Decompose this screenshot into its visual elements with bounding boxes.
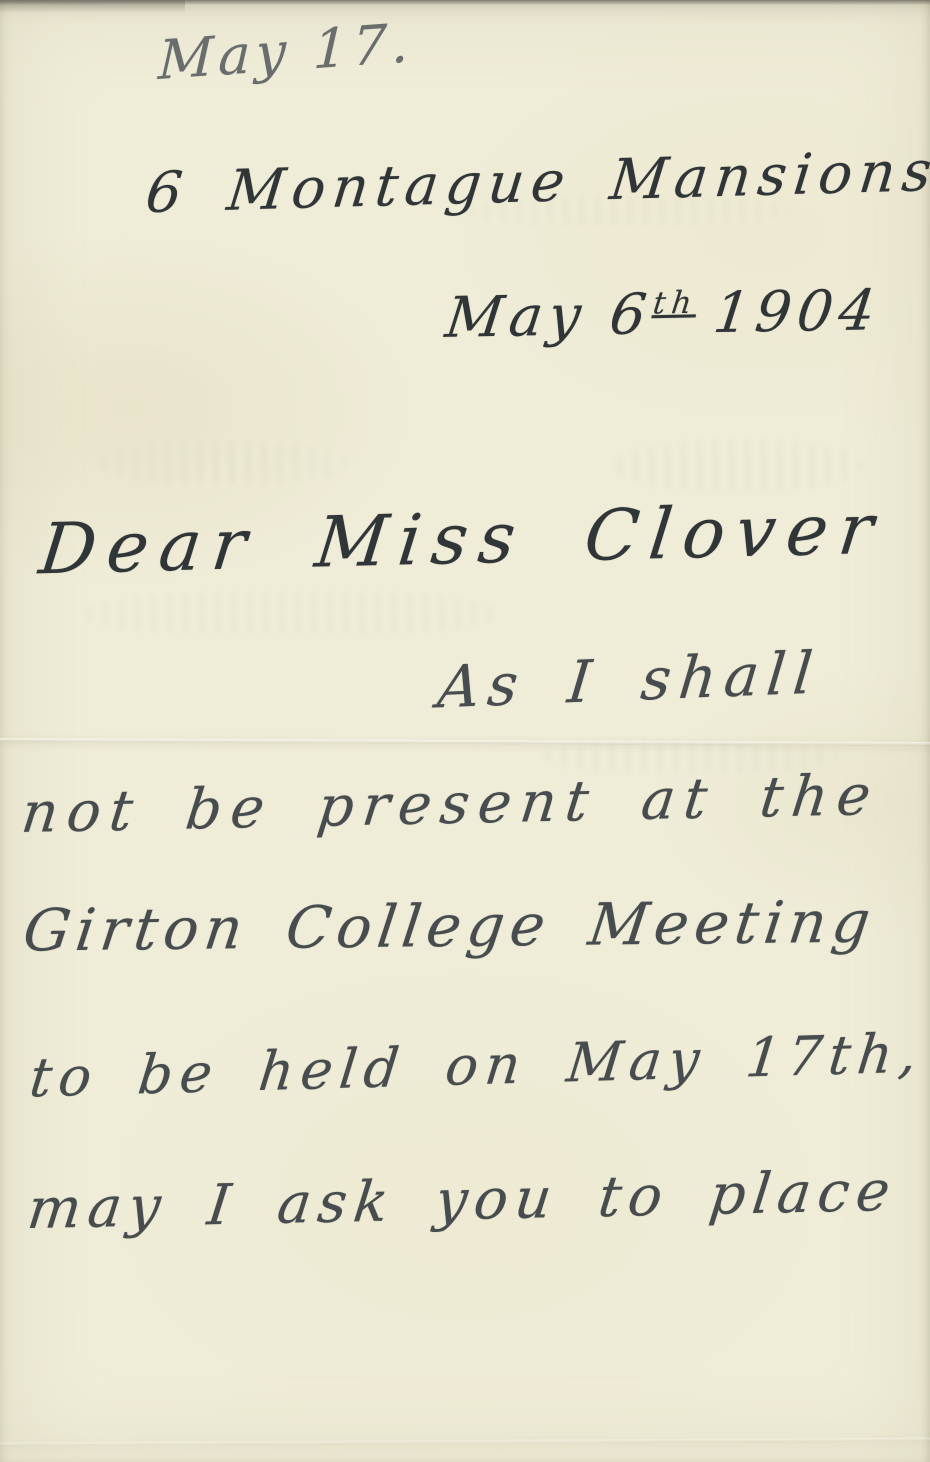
fold-crease [0, 1438, 930, 1447]
scan-top-edge [0, 0, 930, 5]
pencil-annotation: May 17. [157, 11, 415, 92]
ink-showthrough [96, 442, 346, 484]
body-line: not be present at the [18, 763, 883, 846]
scan-top-left-edge [0, 0, 185, 13]
ink-showthrough [612, 440, 862, 492]
fold-crease [0, 738, 930, 746]
date-year: 1904 [710, 278, 884, 346]
body-line: Girton College Meeting [20, 887, 880, 964]
salutation: Dear Miss Clover [35, 488, 888, 591]
body-line: may I ask you to place [24, 1159, 900, 1242]
body-line: As I shall [435, 639, 824, 722]
ink-showthrough [82, 592, 502, 636]
date-ordinal: th [651, 285, 700, 322]
address-line: 6 Montague Mansions, W. [143, 135, 930, 226]
date-line: May 6th1904 [442, 278, 884, 351]
date-prefix: May 6 [442, 282, 656, 351]
scanned-letter-page: May 17. 6 Montague Mansions, W. May 6th1… [0, 0, 930, 1462]
body-line: to be held on May 17th, [27, 1021, 928, 1109]
